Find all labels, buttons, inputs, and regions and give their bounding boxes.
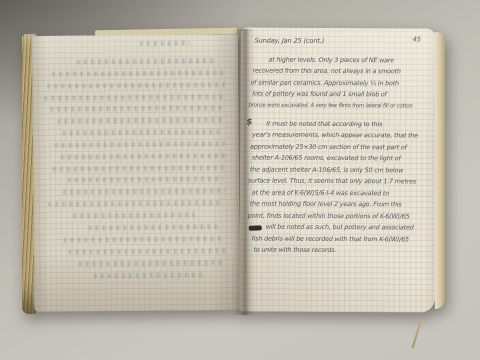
- notebook: Sunday, Jan 25 (cont.) 45 at higher leve…: [22, 28, 445, 318]
- faint-handwriting-line: [63, 129, 223, 135]
- date-heading: Sunday, Jan 25 (cont.): [255, 37, 325, 45]
- faint-handwriting-line: [48, 200, 223, 207]
- faint-handwriting-line: [61, 153, 226, 159]
- faint-handwriting-line: [68, 176, 223, 182]
- faint-handwriting-line: [79, 260, 224, 266]
- faint-handwriting-line: [50, 105, 225, 112]
- handwritten-line: the most holding floor level 2 years ago…: [250, 201, 402, 209]
- faint-handwriting-line: [69, 248, 227, 254]
- faint-handwriting-line: [77, 58, 217, 64]
- handwritten-line: year's measurements, which appear accura…: [252, 132, 418, 140]
- faint-handwriting-line: [47, 82, 225, 89]
- faint-handwriting-line: [64, 236, 224, 242]
- handwritten-line: to unite with those records.: [254, 247, 337, 254]
- stray-fiber: [412, 318, 423, 348]
- faint-handwriting-line: [63, 188, 225, 194]
- handwritten-line: bronze were excavated. A very few flints…: [248, 103, 412, 110]
- faint-handwriting-line: [44, 94, 226, 101]
- handwritten-line: surface level. Thus, it seems that only …: [248, 178, 416, 186]
- handwritten-line: at the area of K-6(W)5/6-I-4 was excavat…: [252, 190, 389, 198]
- faint-handwriting-line: [73, 212, 195, 218]
- right-page-handwriting: Sunday, Jan 25 (cont.) 45 at higher leve…: [239, 27, 436, 312]
- faint-handwriting-line: [88, 224, 218, 230]
- handwritten-line: It must be noted that according to this: [266, 121, 382, 129]
- handwritten-line: point, finds located within those portio…: [248, 213, 410, 221]
- handwritten-line: lots of pottery was found and 1 small bl…: [252, 91, 386, 99]
- handwritten-line: fish debris will be recorded with that f…: [252, 236, 409, 244]
- faint-handwriting-line: [58, 117, 226, 123]
- faint-handwriting-line: [55, 141, 225, 147]
- faint-handwriting-line: [52, 70, 224, 77]
- handwritten-line: of similar pan ceramics. Approximately ½…: [250, 80, 398, 88]
- handwritten-line: will be noted as such, but pottery and a…: [266, 224, 414, 232]
- handwritten-line: shelter A-106/65 rooms, excavated to the…: [252, 155, 401, 163]
- handwritten-line: approximately 25×30 cm section of the ea…: [250, 144, 407, 152]
- page-number: 45: [413, 35, 421, 43]
- left-page-bleedthrough-writing: [32, 34, 240, 312]
- faint-handwriting-line: [140, 41, 190, 46]
- faint-handwriting-line: [94, 272, 204, 278]
- handwritten-line: recovered from this area, not always in …: [252, 68, 400, 76]
- gutter-fold-shadow: [232, 29, 256, 315]
- photo-of-open-notebook: Sunday, Jan 25 (cont.) 45 at higher leve…: [0, 0, 480, 360]
- handwritten-line: at higher levels. Only 3 pieces of NE wa…: [269, 57, 394, 65]
- handwritten-line: the adjacent shelter A-106/65, is only 5…: [250, 167, 403, 175]
- faint-handwriting-line: [53, 165, 225, 172]
